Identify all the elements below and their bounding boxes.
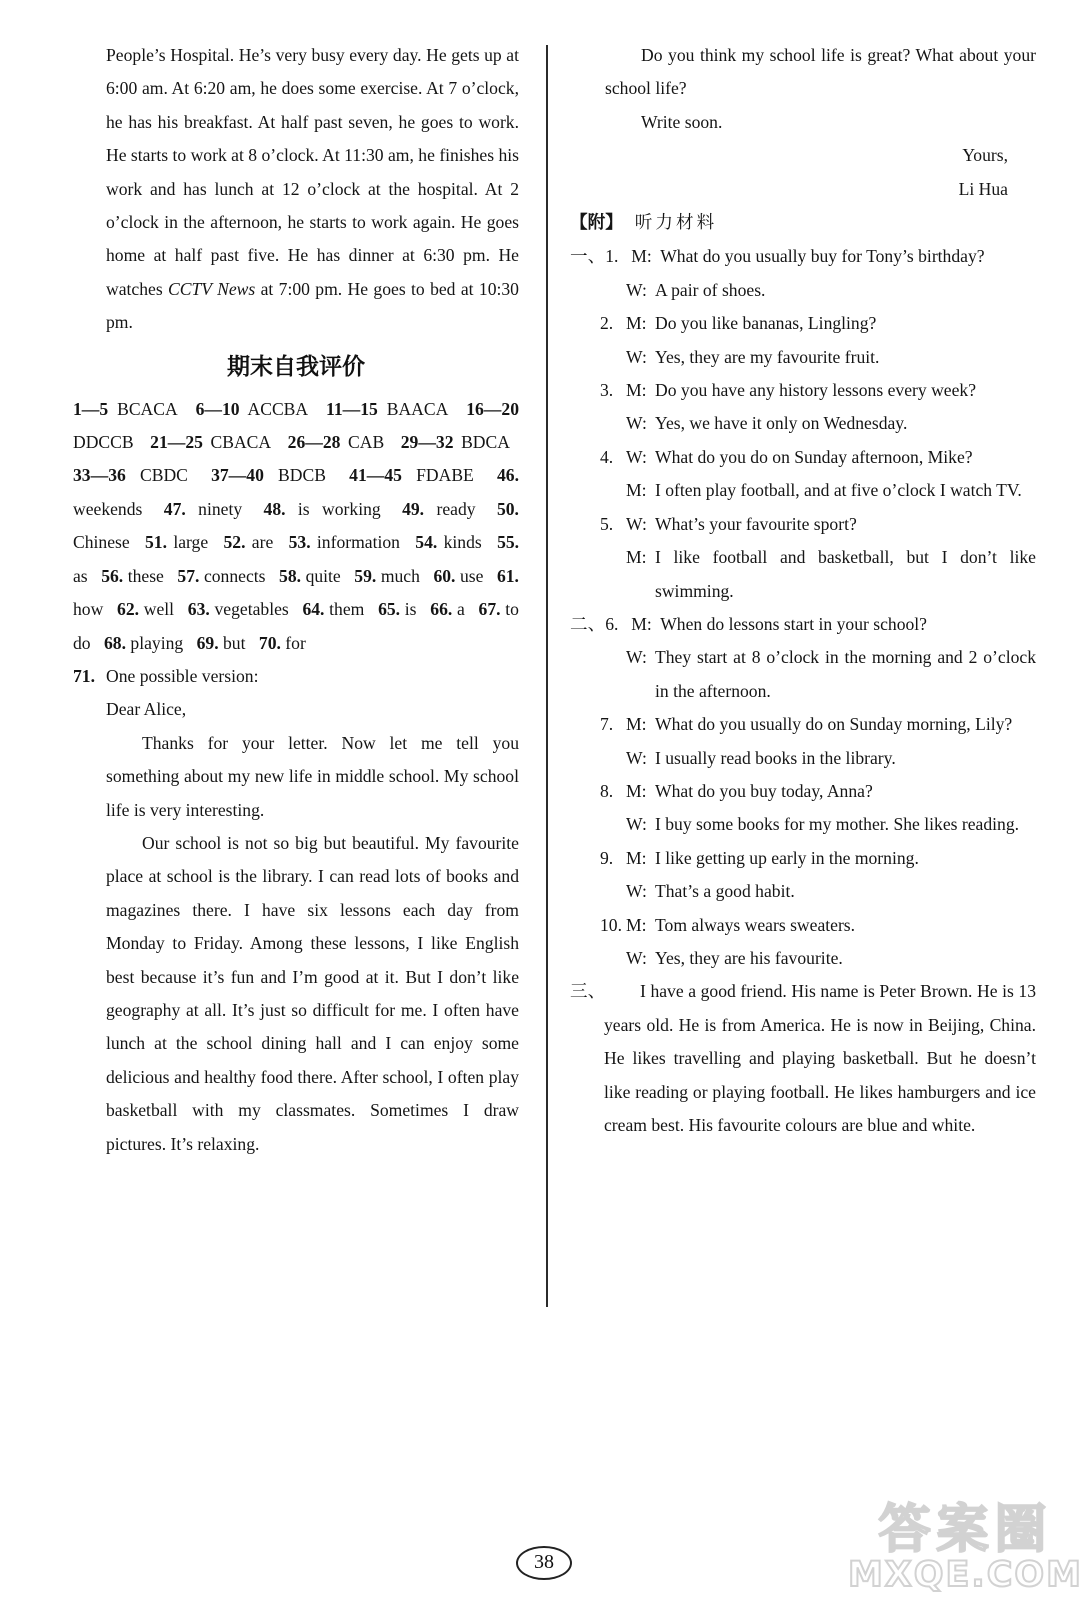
dialog-number [600,274,626,307]
section-marker [570,775,600,808]
answer-number: 56. [101,566,123,586]
letter-salutation: Dear Alice, [106,693,519,726]
answer-number: 61. [497,566,519,586]
answer-item: 1—5 BCACA [73,399,178,419]
answer-number: 57. [177,566,199,586]
answer-value: ready [436,499,475,519]
answer-value: FDABE [416,465,474,485]
answer-number: 11—15 [326,399,378,419]
answer-value: is working [298,499,381,519]
answer-number: 68. [104,633,126,653]
dialog-number: 6. [605,608,631,641]
answer-value: playing [130,633,183,653]
answer-value: vegetables [214,599,288,619]
answer-number: 64. [302,599,324,619]
dialog-line: W:Yes, we have it only on Wednesday. [570,407,1036,440]
speaker-label: M: [626,474,655,507]
dialog-line: 3.M:Do you have any history lessons ever… [570,374,1036,407]
dialog-line: 二、6.M:When do lessons start in your scho… [570,608,1036,641]
answer-value: CAB [348,432,384,452]
answer-value: CBDC [140,465,188,485]
answer-item: 26—28 CAB [288,432,385,452]
answer-number: 58. [279,566,301,586]
speaker-label: M: [626,708,655,741]
speaker-label: M: [626,842,655,875]
watermark: 答案圈 MXQE.COM [848,1503,1083,1593]
answer-number: 62. [117,599,139,619]
dialog-number [600,875,626,908]
section-marker [570,307,600,340]
watermark-site: MXQE.COM [848,1557,1083,1593]
answer-number: 1—5 [73,399,108,419]
dialog-text: Tom always wears sweaters. [655,909,1036,942]
answer-number: 66. [430,599,452,619]
answer-number: 55. [497,532,519,552]
answer-number: 21—25 [150,432,203,452]
dialog-line: 8.M:What do you buy today, Anna? [570,775,1036,808]
answer-item: 62. well [117,599,174,619]
section-marker [570,641,600,708]
answer-item: 48. is working [264,499,381,519]
answer-item-71: 71. One possible version: [73,660,519,693]
answer-number: 65. [378,599,400,619]
section-marker [570,942,600,975]
answer-value: BDCB [278,465,326,485]
section-marker [570,474,600,507]
answer-number: 53. [289,532,311,552]
dialog-text: I like getting up early in the morning. [655,842,1036,875]
section-marker [570,708,600,741]
speaker-label: M: [631,608,660,641]
answer-value: is [405,599,417,619]
dialog-number: 7. [600,708,626,741]
section-marker [570,808,600,841]
left-column: People’s Hospital. He’s very busy every … [73,39,519,1161]
answer-number: 26—28 [288,432,341,452]
answer-item: 53. information [289,532,400,552]
section-marker [570,441,600,474]
answer-number: 16—20 [466,399,519,419]
answer-value: for [285,633,306,653]
answer-number: 29—32 [401,432,454,452]
answer-key-page: People’s Hospital. He’s very busy every … [0,0,1091,1600]
speaker-label: W: [626,742,655,775]
answer-item: 70. for [259,633,306,653]
answer-number: 47. [164,499,186,519]
answer-number: 48. [264,499,286,519]
answer-item: 64. them [302,599,364,619]
dialog-number [600,407,626,440]
dialog-line: 10.M:Tom always wears sweaters. [570,909,1036,942]
page-number-badge: 38 [516,1546,572,1580]
answer-item: 11—15 BAACA [326,399,448,419]
answer-number: 63. [188,599,210,619]
speaker-label: W: [626,508,655,541]
section-marker [570,374,600,407]
dialog-number [600,742,626,775]
answer-number: 60. [433,566,455,586]
attach-title: 听力材料 [635,213,717,233]
attach-bracket: 【附】 [570,213,623,233]
answer-number: 6—10 [196,399,240,419]
dialog-line: W:I usually read books in the library. [570,742,1036,775]
answer-item: 69. but [197,633,246,653]
answer-item: 33—36 CBDC [73,465,188,485]
speaker-label: W: [626,875,655,908]
answer-value: how [73,599,103,619]
answer-item: 49. ready [402,499,475,519]
answer-number: 71. [73,660,106,693]
answer-number: 70. [259,633,281,653]
listening-section-2: 二、6.M:When do lessons start in your scho… [570,608,1036,975]
dialog-number: 5. [600,508,626,541]
answer-number: 54. [415,532,437,552]
speaker-label: M: [626,374,655,407]
dialog-text: That’s a good habit. [655,875,1036,908]
answer-number: 59. [354,566,376,586]
dialog-text: What do you usually buy for Tony’s birth… [660,240,1036,273]
answer-value: are [252,532,273,552]
column-divider [546,45,548,1307]
dialog-line: W:That’s a good habit. [570,875,1036,908]
dialog-line: W:Yes, they are his favourite. [570,942,1036,975]
listening-section-3: 三、I have a good friend. His name is Pete… [604,975,1036,1142]
dialog-number [600,341,626,374]
dialog-text: When do lessons start in your school? [660,608,1036,641]
dialog-text: A pair of shoes. [655,274,1036,307]
answer-value: them [329,599,364,619]
answer-value: a [457,599,465,619]
answer-item: 29—32 BDCA [401,432,510,452]
answer-value: large [173,532,208,552]
model-letter: Dear Alice, Thanks for your letter. Now … [106,693,519,1161]
listening-section-1: 一、1.M:What do you usually buy for Tony’s… [570,240,1036,607]
dialog-line: M:I like football and basketball, but I … [570,541,1036,608]
answer-key: 1—5 BCACA 6—10 ACCBA 11—15 BAACA 16—20 D… [73,393,519,660]
answer-number: 49. [402,499,424,519]
section-marker: 一、 [570,240,605,273]
dialog-line: 一、1.M:What do you usually buy for Tony’s… [570,240,1036,273]
answer-item: 21—25 CBACA [150,432,271,452]
dialog-number: 4. [600,441,626,474]
model-letter-end: Do you think my school life is great? Wh… [605,39,1036,139]
answer-number: 46. [497,465,519,485]
section-heading: 期末自我评价 [73,349,519,385]
speaker-label: W: [626,808,655,841]
answer-number: 51. [145,532,167,552]
answer-item: 66. a [430,599,465,619]
listening-material-heading: 【附】听力材料 [570,206,1036,240]
speaker-label: W: [626,274,655,307]
dialog-line: W:I buy some books for my mother. She li… [570,808,1036,841]
passage-continuation: People’s Hospital. He’s very busy every … [106,39,519,340]
letter-paragraph: Our school is not so big but beautiful. … [106,827,519,1161]
dialog-line: 7.M:What do you usually do on Sunday mor… [570,708,1036,741]
speaker-label: W: [626,441,655,474]
speaker-label: W: [626,341,655,374]
dialog-text: What’s your favourite sport? [655,508,1036,541]
answer-value: these [128,566,164,586]
letter-paragraph: Thanks for your letter. Now let me tell … [106,727,519,827]
section-marker [570,508,600,541]
speaker-label: W: [626,407,655,440]
dialog-number: 9. [600,842,626,875]
answer-value: but [223,633,245,653]
dialog-number [600,942,626,975]
answer-value: quite [306,566,341,586]
answer-number: 67. [479,599,501,619]
passage-text: People’s Hospital. He’s very busy every … [106,45,519,299]
section-marker [570,842,600,875]
section-marker [570,541,600,608]
speaker-label: W: [626,641,655,708]
speaker-label: M: [631,240,660,273]
speaker-label: M: [626,307,655,340]
answer-value: ACCBA [248,399,309,419]
dialog-text: I often play football, and at five o’clo… [655,474,1036,507]
letter-paragraph: Write soon. [605,106,1036,139]
answer-value: CBACA [211,432,272,452]
dialog-number [600,541,626,608]
answer-number: 41—45 [349,465,402,485]
answer-item: 58. quite [279,566,341,586]
speaker-label: M: [626,541,655,608]
dialog-number [600,808,626,841]
answer-item: 54. kinds [415,532,481,552]
answer-value: DDCCB [73,432,134,452]
answer-item: 56. these [101,566,164,586]
page-number: 38 [534,1546,554,1579]
dialog-text: Do you have any history lessons every we… [655,374,1036,407]
dialog-line: W:A pair of shoes. [570,274,1036,307]
letter-closing: Yours, [570,139,1036,172]
dialog-text: Yes, they are my favourite fruit. [655,341,1036,374]
section-marker [570,274,600,307]
dialog-number: 10. [600,909,626,942]
dialog-line: W:Yes, they are my favourite fruit. [570,341,1036,374]
dialog-text: I like football and basketball, but I do… [655,541,1036,608]
dialog-text: Do you like bananas, Lingling? [655,307,1036,340]
answer-value: ninety [198,499,242,519]
dialog-line: 4.W:What do you do on Sunday afternoon, … [570,441,1036,474]
speaker-label: M: [626,775,655,808]
answer-number: 69. [197,633,219,653]
answer-value: Chinese [73,532,130,552]
letter-paragraph: Do you think my school life is great? Wh… [605,39,1036,106]
answer-item: 47. ninety [164,499,242,519]
dialog-text: What do you do on Sunday afternoon, Mike… [655,441,1036,474]
dialog-number: 2. [600,307,626,340]
answer-number: 52. [223,532,245,552]
section-marker [570,909,600,942]
section-marker: 二、 [570,608,605,641]
section-marker [570,742,600,775]
dialog-line: 5.W:What’s your favourite sport? [570,508,1036,541]
speaker-label: W: [626,942,655,975]
answer-item: 52. are [223,532,273,552]
answer-value: BDCA [461,432,510,452]
answer-item: 65. is [378,599,416,619]
answer-value: much [381,566,420,586]
answer-item: 60. use [433,566,483,586]
dialog-text: They start at 8 o’clock in the morning a… [655,641,1036,708]
speaker-label: M: [626,909,655,942]
answer-item: 63. vegetables [188,599,289,619]
section-marker: 三、 [570,975,605,1008]
dialog-number [600,641,626,708]
dialog-line: 2.M:Do you like bananas, Lingling? [570,307,1036,340]
dialog-text: What do you usually do on Sunday morning… [655,708,1036,741]
answer-value: kinds [444,532,482,552]
answer-item: 57. connects [177,566,265,586]
dialog-text: Yes, we have it only on Wednesday. [655,407,1036,440]
answer-label: One possible version: [106,660,519,693]
answer-number: 33—36 [73,465,126,485]
dialog-line: W:They start at 8 o’clock in the morning… [570,641,1036,708]
letter-signature: Li Hua [570,173,1036,206]
answer-item: 6—10 ACCBA [196,399,309,419]
answer-item: 68. playing [104,633,183,653]
answer-item: 41—45 FDABE [349,465,474,485]
answer-value: use [460,566,483,586]
right-column: Do you think my school life is great? Wh… [570,39,1036,1142]
answer-number: 37—40 [211,465,264,485]
answer-value: information [317,532,400,552]
section-marker [570,875,600,908]
answer-item: 51. large [145,532,208,552]
dialog-number: 1. [605,240,631,273]
answer-value: BAACA [387,399,449,419]
watermark-logo: 答案圈 [848,1503,1083,1557]
answer-value: BCACA [117,399,178,419]
dialog-text: What do you buy today, Anna? [655,775,1036,808]
dialog-number [600,474,626,507]
section-marker [570,407,600,440]
answer-item: 37—40 BDCB [211,465,326,485]
section-marker [570,341,600,374]
answer-value: as [73,566,88,586]
answer-value: weekends [73,499,142,519]
answer-item: 59. much [354,566,420,586]
dialog-number: 3. [600,374,626,407]
dialog-line: 9.M:I like getting up early in the morni… [570,842,1036,875]
dialog-text: Yes, they are his favourite. [655,942,1036,975]
dialog-line: M:I often play football, and at five o’c… [570,474,1036,507]
answer-value: connects [204,566,266,586]
answer-number: 50. [497,499,519,519]
answer-value: well [144,599,174,619]
listening-passage-text: I have a good friend. His name is Peter … [604,981,1036,1135]
passage-italic-title: CCTV News [168,279,255,299]
dialog-text: I usually read books in the library. [655,742,1036,775]
dialog-text: I buy some books for my mother. She like… [655,808,1036,841]
dialog-number: 8. [600,775,626,808]
